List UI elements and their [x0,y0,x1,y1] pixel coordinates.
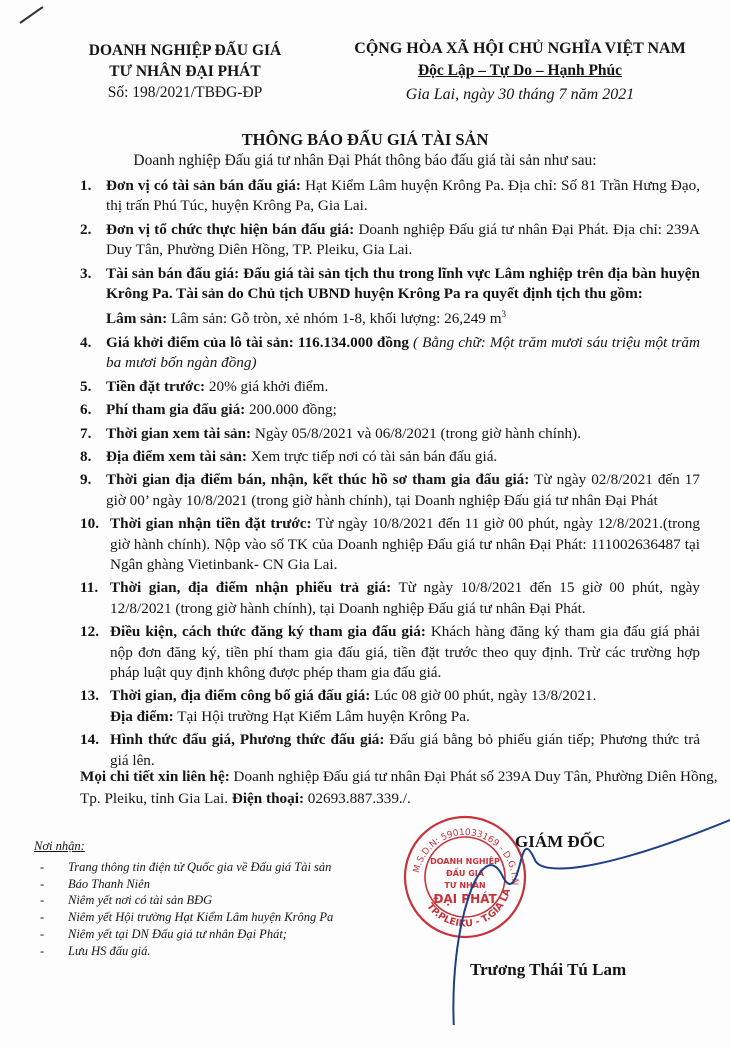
recipient-item: -Niêm yết tại DN Đấu giá tư nhân Đại Phá… [34,926,394,943]
item-label: Điều kiện, cách thức đăng ký tham gia đấ… [110,623,426,640]
list-item: 12. Điều kiện, cách thức đăng ký tham gi… [80,622,700,683]
item-number: 11. [80,578,110,619]
item-label: Tài sản bán đấu giá: Đấu giá tài sản tịc… [106,265,700,302]
nation-title: CỘNG HÒA XÃ HỘI CHỦ NGHĨA VIỆT NAM [320,38,720,60]
item-label: Thời gian xem tài sản: [106,425,251,442]
sub-text: Tại Hội trường Hạt Kiểm Lâm huyện Krông … [174,708,470,725]
list-item: 9. Thời gian địa điểm bán, nhận, kết thú… [80,470,700,511]
recipient-item: -Niêm yết nơi có tài sản BĐG [34,892,394,909]
org-name-line1: DOANH NGHIỆP ĐẤU GIÁ [60,40,310,61]
org-name-line2: TƯ NHÂN ĐẠI PHÁT [60,61,310,82]
header-right: CỘNG HÒA XÃ HỘI CHỦ NGHĨA VIỆT NAM Độc L… [320,38,720,106]
item-text: Xem trực tiếp nơi có tài sản bán đấu giá… [247,448,497,465]
list-item: 13. Thời gian, địa điểm công bố giá đấu … [80,686,700,706]
superscript: 3 [502,309,507,319]
intro-text: Doanh nghiệp Đấu giá tư nhân Đại Phát th… [0,152,730,170]
item-label: Hình thức đấu giá, Phương thức đấu giá: [110,731,384,748]
recipient-text: Báo Thanh Niên [68,876,150,893]
list-item: 6. Phí tham gia đấu giá: 200.000 đồng; [80,400,700,420]
item-number: 5. [80,377,106,397]
item-number: 2. [80,220,106,261]
sub-label: Địa điểm: [110,708,174,725]
item-number: 13. [80,686,110,706]
item-sub-line: Địa điểm: Tại Hội trường Hạt Kiểm Lâm hu… [80,707,700,727]
list-item: 1. Đơn vị có tài sản bán đấu giá: Hạt Ki… [80,176,700,217]
phone-number: 02693.887.339./. [304,790,411,807]
item-number: 14. [80,730,110,771]
list-item: 11. Thời gian, địa điểm nhận phiếu trả g… [80,578,700,619]
item-label: Thời gian nhận tiền đặt trước: [110,515,312,532]
list-item: 8. Địa điểm xem tài sản: Xem trực tiếp n… [80,447,700,467]
contact-info: Mọi chi tiết xin liên hệ: Doanh nghiệp Đ… [80,766,720,810]
document-title: THÔNG BÁO ĐẤU GIÁ TÀI SẢN [0,130,730,150]
list-item: 14. Hình thức đấu giá, Phương thức đấu g… [80,730,700,771]
item-label: Đơn vị tổ chức thực hiện bán đấu giá: [106,221,354,238]
item-label: Thời gian, địa điểm nhận phiếu trả giá: [110,579,391,596]
recipient-text: Trang thông tin điện tử Quốc gia về Đấu … [68,859,331,876]
item-text: Lúc 08 giờ 00 phút, ngày 13/8/2021. [370,687,596,704]
recipient-item: -Niêm yết Hội trường Hạt Kiểm Lâm huyện … [34,909,394,926]
recipients: Nơi nhận: -Trang thông tin điện tử Quốc … [34,838,394,960]
item-label: Thời gian địa điểm bán, nhận, kết thúc h… [106,471,529,488]
phone-label: Điện thoại: [232,790,304,807]
recipient-text: Lưu HS đấu giá. [68,943,151,960]
handwritten-signature [395,815,730,1025]
list-item: 5. Tiền đặt trước: 20% giá khởi điểm. [80,377,700,397]
item-text: 20% giá khởi điểm. [205,378,328,395]
item-text: 200.000 đồng; [245,401,337,418]
list-item: 3. Tài sản bán đấu giá: Đấu giá tài sản … [80,264,700,305]
recipients-label: Nơi nhận: [34,838,394,855]
item-label: Phí tham gia đấu giá: [106,401,245,418]
item-number: 7. [80,424,106,444]
motto: Độc Lập – Tự Do – Hạnh Phúc [320,60,720,82]
recipient-item: -Trang thông tin điện tử Quốc gia về Đấu… [34,859,394,876]
recipient-text: Niêm yết nơi có tài sản BĐG [68,892,212,909]
item-number: 6. [80,400,106,420]
item-label: Tiền đặt trước: [106,378,205,395]
notice-items: 1. Đơn vị có tài sản bán đấu giá: Hạt Ki… [80,176,700,774]
item-number: 9. [80,470,106,511]
sub-label: Lâm sản: [106,311,167,328]
contact-label: Mọi chi tiết xin liên hệ: [80,768,230,785]
recipient-item: -Báo Thanh Niên [34,876,394,893]
place-date: Gia Lai, ngày 30 tháng 7 năm 2021 [320,84,720,106]
doc-number: Số: 198/2021/TBĐG-ĐP [60,82,310,103]
item-text: Ngày 05/8/2021 và 06/8/2021 (trong giờ h… [251,425,581,442]
list-item: 2. Đơn vị tổ chức thực hiện bán đấu giá:… [80,220,700,261]
recipient-text: Niêm yết tại DN Đấu giá tư nhân Đại Phát… [68,926,287,943]
item-number: 4. [80,333,106,374]
sub-text: Lâm sản: Gỗ tròn, xẻ nhóm 1-8, khối lượn… [167,311,501,328]
pen-mark [19,6,43,24]
recipient-item: -Lưu HS đấu giá. [34,943,394,960]
item-number: 8. [80,447,106,467]
item-sub-line: Lâm sản: Lâm sản: Gỗ tròn, xẻ nhóm 1-8, … [80,304,700,329]
list-item: 10. Thời gian nhận tiền đặt trước: Từ ng… [80,514,700,575]
item-number: 1. [80,176,106,217]
item-number: 12. [80,622,110,683]
list-item: 7. Thời gian xem tài sản: Ngày 05/8/2021… [80,424,700,444]
recipient-text: Niêm yết Hội trường Hạt Kiểm Lâm huyện K… [68,909,333,926]
signatory-name: Trương Thái Tú Lam [470,960,626,980]
item-number: 3. [80,264,106,305]
item-label: Thời gian, địa điểm công bố giá đấu giá: [110,687,370,704]
item-label: Giá khởi điểm của lô tài sản: 116.134.00… [106,334,409,351]
header-left: DOANH NGHIỆP ĐẤU GIÁ TƯ NHÂN ĐẠI PHÁT Số… [60,40,310,103]
item-label: Địa điểm xem tài sản: [106,448,247,465]
item-number: 10. [80,514,110,575]
list-item: 4. Giá khởi điểm của lô tài sản: 116.134… [80,333,700,374]
item-label: Đơn vị có tài sản bán đấu giá: [106,177,301,194]
